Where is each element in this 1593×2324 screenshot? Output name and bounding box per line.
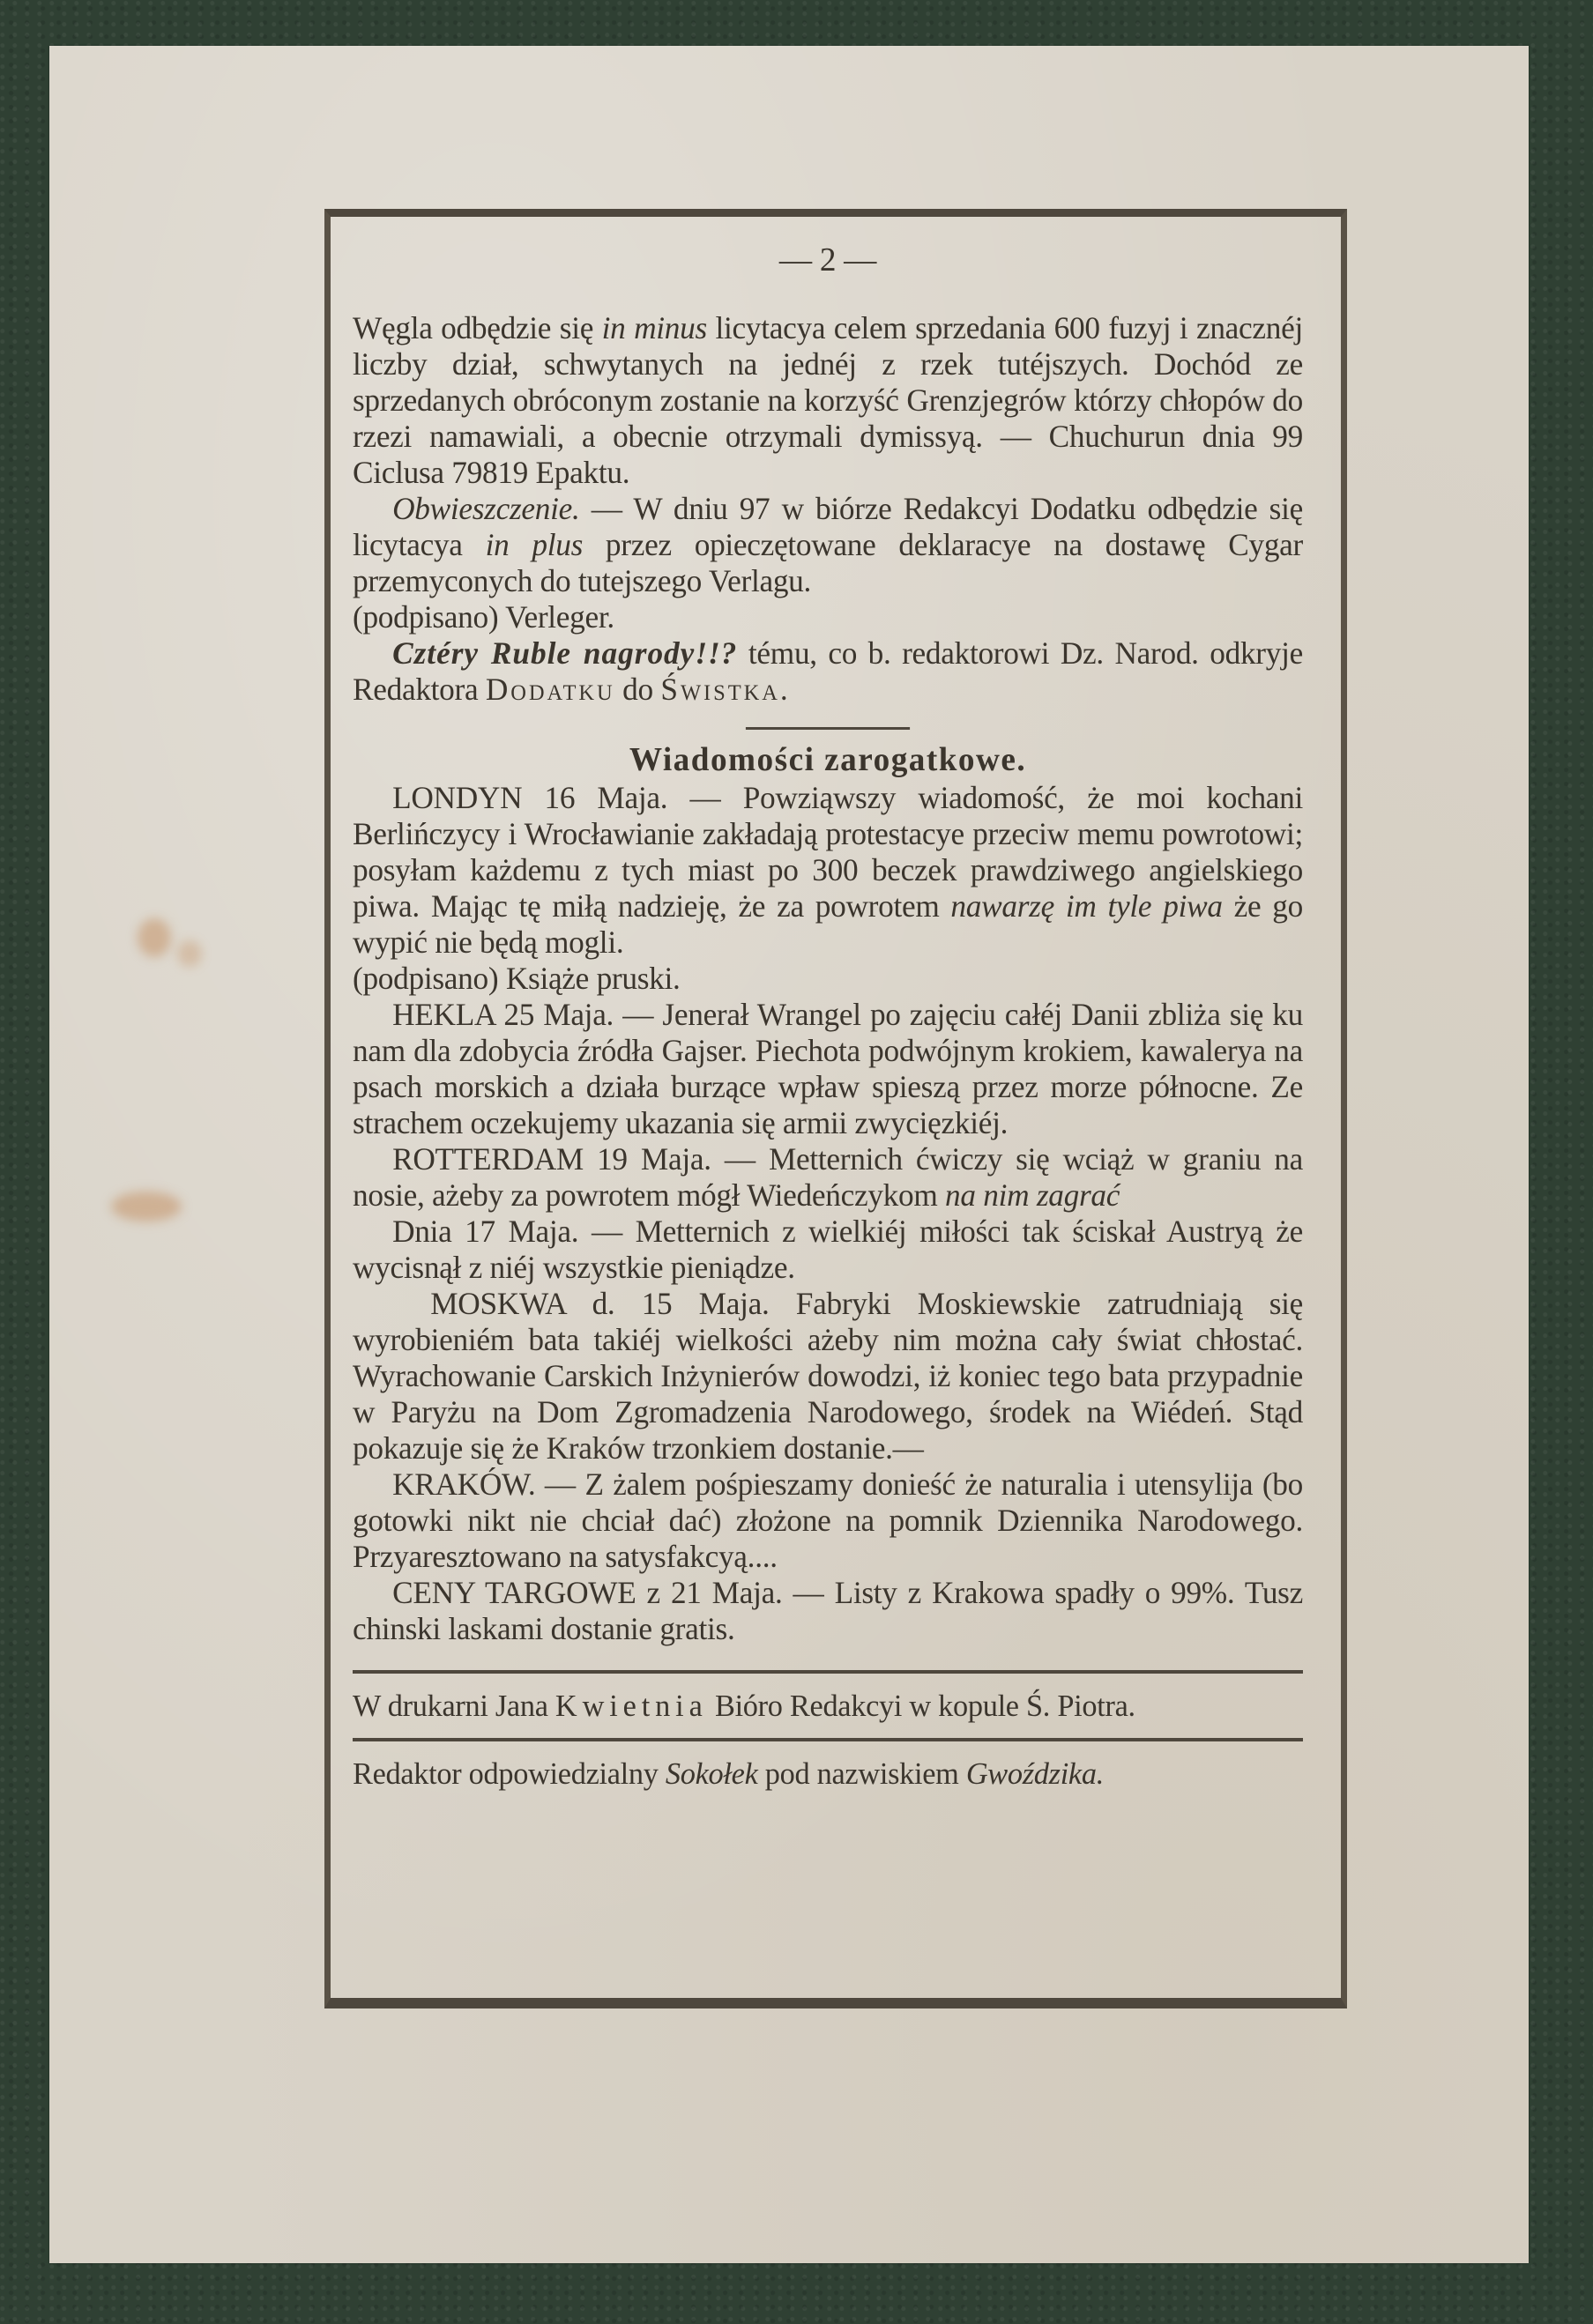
section-heading: Wiadomości zarogatkowe.: [353, 742, 1303, 778]
article-rotterdam: ROTTERDAM 19 Maja. — Metternich ćwiczy s…: [353, 1141, 1303, 1214]
editor-alias: Gwoździka.: [966, 1756, 1104, 1791]
article-hekla: HEKLA 25 Maja. — Jenerał Wrangel po zaję…: [353, 997, 1303, 1141]
reward-text-c: .: [780, 672, 788, 707]
intro-italic: in minus: [602, 310, 707, 345]
printer-text: W drukarni Jana: [353, 1689, 555, 1723]
stain-spot: [111, 1192, 182, 1221]
editor-pseudonym: Sokołek: [666, 1756, 758, 1791]
article-ceny-targowe: CENY TARGOWE z 21 Maja. — Listy z Krakow…: [353, 1575, 1303, 1647]
stain-spot: [138, 918, 171, 957]
article-metternich: Dnia 17 Maja. — Metternich z wielkiéj mi…: [353, 1214, 1303, 1286]
editor-text: Redaktor odpowiedzialny: [353, 1756, 666, 1791]
article-london: LONDYN 16 Maja. — Powziąwszy wiadomość, …: [353, 780, 1303, 961]
article-london-signature: (podpisano) Książe pruski.: [353, 961, 1303, 997]
reward-paragraph: Cztéry Ruble nagrody!!? tému, co b. reda…: [353, 635, 1303, 708]
section-divider: [746, 727, 910, 730]
reward-dodatku: Dodatku: [486, 672, 615, 707]
footer-divider-top: [353, 1670, 1303, 1674]
article-italic: nawarzę im tyle piwa: [950, 888, 1222, 924]
page-content: — 2 — Węgla odbędzie się in minus licyta…: [353, 242, 1303, 1792]
notice-paragraph: Obwieszczenie. — W dniu 97 w biórze Reda…: [353, 491, 1303, 599]
editor-imprint: Redaktor odpowiedzialny Sokołek pod nazw…: [353, 1756, 1303, 1792]
footer-divider-bottom: [353, 1738, 1303, 1741]
reward-text-b: do: [615, 672, 661, 707]
reward-swistka: Świstka: [660, 672, 779, 707]
intro-paragraph: Węgla odbędzie się in minus licytacya ce…: [353, 310, 1303, 491]
editor-text-cont: pod nazwiskiem: [758, 1756, 966, 1791]
article-krakow: KRAKÓW. — Z żalem pośpieszamy donieść że…: [353, 1466, 1303, 1575]
article-italic: na nim zagrać: [945, 1177, 1120, 1213]
article-dateline: ROTTERDAM 19 Maja.: [392, 1141, 711, 1177]
reward-title: Cztéry Ruble nagrody!!?: [392, 635, 737, 671]
article-dateline: KRAKÓW.: [392, 1466, 535, 1502]
notice-italic: in plus: [486, 527, 583, 562]
article-dateline: CENY TARGOWE z 21 Maja.: [392, 1575, 782, 1610]
intro-text: Węgla odbędzie się: [353, 310, 602, 345]
article-dateline: LONDYN 16 Maja.: [392, 780, 667, 815]
notice-signature: (podpisano) Verleger.: [353, 599, 1303, 635]
article-moskwa: MOSKWA d. 15 Maja. Fabryki Moskiewskie z…: [353, 1286, 1303, 1466]
printer-name-spaced: Kwietnia: [555, 1689, 708, 1723]
notice-label: Obwieszczenie.: [392, 491, 579, 526]
printer-text-cont: Bióro Redakcyi w kopule Ś. Piotra.: [708, 1689, 1135, 1723]
page-number: — 2 —: [353, 242, 1303, 278]
article-dateline: MOSKWA d. 15 Maja.: [430, 1286, 769, 1321]
stain-spot: [177, 940, 202, 967]
article-dateline: HEKLA 25 Maja.: [392, 997, 614, 1032]
printer-imprint: W drukarni Jana Kwietnia Bióro Redakcyi …: [353, 1688, 1303, 1724]
article-dateline: Dnia 17 Maja.: [392, 1214, 578, 1249]
